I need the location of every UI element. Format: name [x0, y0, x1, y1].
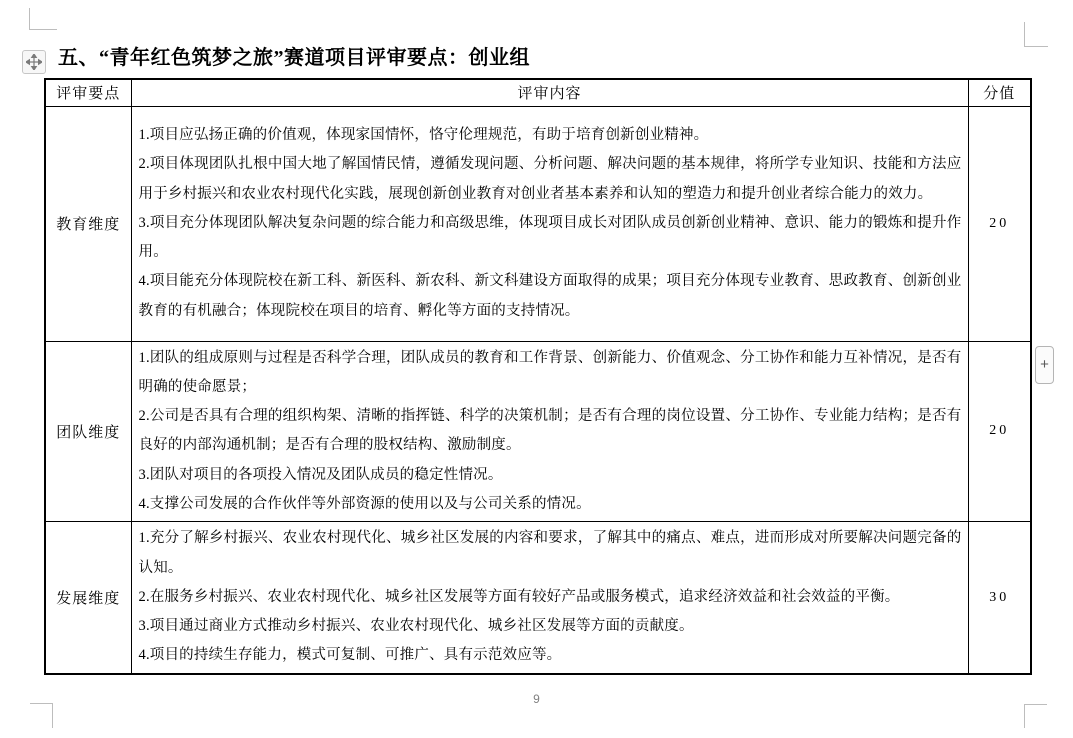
row-label-team: 团队维度	[45, 341, 131, 522]
criteria-item: 3.项目充分体现团队解决复杂问题的综合能力和高级思维，体现项目成长对团队成员创新…	[139, 209, 962, 268]
criteria-item: 3.项目通过商业方式推动乡村振兴、农业农村现代化、城乡社区发展等方面的贡献度。	[139, 612, 962, 641]
column-header-criteria: 评审要点	[45, 79, 131, 106]
criteria-item: 4.项目的持续生存能力，模式可复制、可推广、具有示范效应等。	[139, 641, 962, 670]
row-label-education: 教育维度	[45, 106, 131, 341]
row-label-development: 发展维度	[45, 522, 131, 674]
criteria-item: 2.公司是否具有合理的组织构架、清晰的指挥链、科学的决策机制；是否有合理的岗位设…	[139, 402, 962, 461]
table-header-row: 评审要点 评审内容 分值	[45, 79, 1031, 106]
criteria-item: 2.在服务乡村振兴、农业农村现代化、城乡社区发展等方面有较好产品或服务模式，追求…	[139, 583, 962, 612]
row-score-team: 20	[968, 341, 1031, 522]
row-content-team: 1.团队的组成原则与过程是否科学合理，团队成员的教育和工作背景、创新能力、价值观…	[131, 341, 968, 522]
table-row: 团队维度 1.团队的组成原则与过程是否科学合理，团队成员的教育和工作背景、创新能…	[45, 341, 1031, 522]
criteria-item: 4.支撑公司发展的合作伙伴等外部资源的使用以及与公司关系的情况。	[139, 490, 962, 519]
row-content-development: 1.充分了解乡村振兴、农业农村现代化、城乡社区发展的内容和要求，了解其中的痛点、…	[131, 522, 968, 674]
add-button[interactable]: +	[1035, 346, 1054, 384]
plus-icon: +	[1040, 356, 1049, 373]
text-boundary-mark-top-right	[1024, 22, 1048, 47]
document-page: 五、“青年红色筑梦之旅”赛道项目评审要点：创业组 评审要点 评审内容 分值 教育…	[0, 0, 1073, 738]
page-number: 9	[0, 692, 1073, 706]
evaluation-table: 评审要点 评审内容 分值 教育维度 1.项目应弘扬正确的价值观，体现家国情怀，恪…	[44, 78, 1032, 675]
column-header-content: 评审内容	[131, 79, 968, 106]
table-row: 发展维度 1.充分了解乡村振兴、农业农村现代化、城乡社区发展的内容和要求，了解其…	[45, 522, 1031, 674]
table-row: 教育维度 1.项目应弘扬正确的价值观，体现家国情怀，恪守伦理规范，有助于培育创新…	[45, 106, 1031, 341]
criteria-item: 2.项目体现团队扎根中国大地了解国情民情，遵循发现问题、分析问题、解决问题的基本…	[139, 150, 962, 209]
text-boundary-mark-bottom-left	[30, 703, 53, 728]
criteria-item: 1.项目应弘扬正确的价值观，体现家国情怀，恪守伦理规范，有助于培育创新创业精神。	[139, 121, 962, 150]
row-score-development: 30	[968, 522, 1031, 674]
text-boundary-mark-bottom-right	[1024, 704, 1047, 728]
text-boundary-mark-top-left	[29, 8, 57, 30]
criteria-item: 4.项目能充分体现院校在新工科、新医科、新农科、新文科建设方面取得的成果；项目充…	[139, 267, 962, 326]
criteria-item: 3.团队对项目的各项投入情况及团队成员的稳定性情况。	[139, 461, 962, 490]
move-cross-icon	[26, 54, 42, 70]
column-header-score: 分值	[968, 79, 1031, 106]
row-content-education: 1.项目应弘扬正确的价值观，体现家国情怀，恪守伦理规范，有助于培育创新创业精神。…	[131, 106, 968, 341]
criteria-item: 1.充分了解乡村振兴、农业农村现代化、城乡社区发展的内容和要求，了解其中的痛点、…	[139, 524, 962, 583]
row-score-education: 20	[968, 106, 1031, 341]
table-move-handle[interactable]	[22, 50, 46, 74]
page-title: 五、“青年红色筑梦之旅”赛道项目评审要点：创业组	[58, 41, 530, 70]
criteria-item: 1.团队的组成原则与过程是否科学合理，团队成员的教育和工作背景、创新能力、价值观…	[139, 344, 962, 403]
